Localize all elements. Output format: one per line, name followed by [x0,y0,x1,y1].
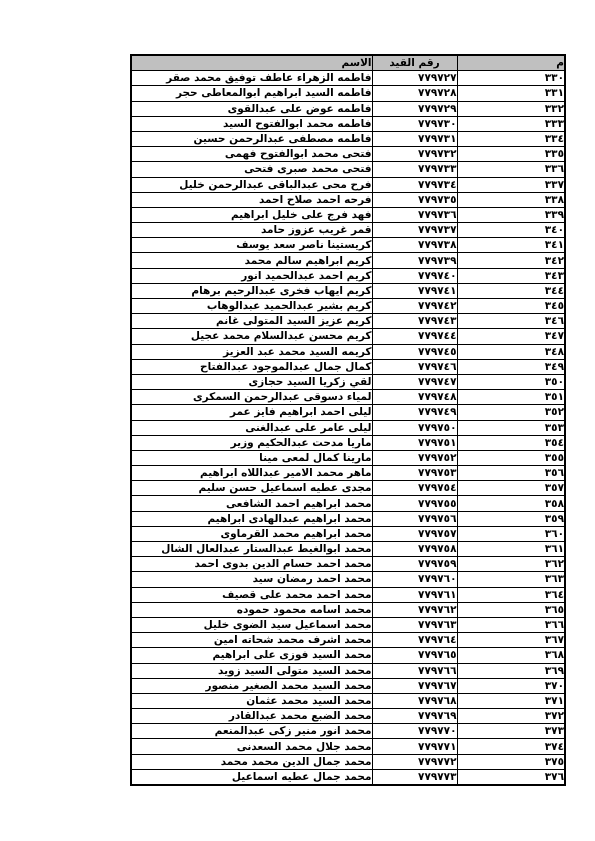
serial-cell: ٣٣٧ [457,177,565,192]
serial-cell: ٣٤٤ [457,283,565,298]
name-cell: فرحه احمد صلاح احمد [131,192,372,207]
name-cell: فتحى محمد ابوالفتوح فهمى [131,147,372,162]
reg-number-cell: ٧٧٩٧٥٧ [372,526,457,541]
student-roster-table: م رقم القيد الاسم ٣٣٠٧٧٩٧٢٧فاطمه الزهراء… [130,54,566,786]
serial-cell: ٣٦٥ [457,602,565,617]
table-row: ٣٥١٧٧٩٧٤٨لمياء دسوقى عبدالرحمن السمكرى [131,390,565,405]
name-cell: فاطمه مصطفى عبدالرحمن حسين [131,131,372,146]
serial-cell: ٣٥٩ [457,511,565,526]
table-row: ٣٦١٧٧٩٧٥٨محمد ابوالغيط عبدالستار عبدالعا… [131,542,565,557]
name-cell: فتحى محمد صبرى فتحى [131,162,372,177]
table-row: ٣٥٨٧٧٩٧٥٥محمد ابراهيم احمد الشافعى [131,496,565,511]
serial-cell: ٣٥٠ [457,374,565,389]
name-cell: محمد السيد محمد الصغير منصور [131,678,372,693]
serial-cell: ٣٦٩ [457,663,565,678]
name-cell: كريم عزيز السيد المتولى غانم [131,314,372,329]
serial-cell: ٣٥٥ [457,450,565,465]
name-cell: محمد جمال عطيه اسماعيل [131,769,372,785]
name-cell: كريم بشير عبدالحميد عبدالوهاب [131,299,372,314]
serial-cell: ٣٣٩ [457,207,565,222]
reg-number-cell: ٧٧٩٧٤٤ [372,329,457,344]
table-row: ٣٧٣٧٧٩٧٧٠محمد انور منير زكى عبدالمنعم [131,724,565,739]
name-cell: محمد اسامه محمود حموده [131,602,372,617]
table-row: ٣٤١٧٧٩٧٣٨كريستينا ناصر سعد يوسف [131,238,565,253]
table-row: ٣٦٤٧٧٩٧٦١محمد احمد محمد على قصيف [131,587,565,602]
reg-number-cell: ٧٧٩٧٧٣ [372,769,457,785]
table-row: ٣٣٧٧٧٩٧٣٤فرح محى عبدالباقى عبدالرحمن خلي… [131,177,565,192]
table-row: ٣٣٢٧٧٩٧٢٩فاطمه عوض على عبدالقوى [131,101,565,116]
name-cell: فاطمه محمد ابوالفتوح السيد [131,116,372,131]
table-row: ٣٦٥٧٧٩٧٦٢محمد اسامه محمود حموده [131,602,565,617]
roster-table-body: ٣٣٠٧٧٩٧٢٧فاطمه الزهراء عاطف توفيق محمد ص… [131,71,565,785]
serial-cell: ٣٧٣ [457,724,565,739]
reg-number-cell: ٧٧٩٧٥٤ [372,481,457,496]
serial-cell: ٣٣١ [457,86,565,101]
serial-cell: ٣٦٧ [457,633,565,648]
serial-cell: ٣٤٣ [457,268,565,283]
serial-cell: ٣٤٩ [457,359,565,374]
reg-number-cell: ٧٧٩٧٣٧ [372,223,457,238]
serial-cell: ٣٤٧ [457,329,565,344]
reg-number-cell: ٧٧٩٧٥١ [372,435,457,450]
reg-number-cell: ٧٧٩٧٦٢ [372,602,457,617]
name-cell: محمد احمد حسام الدين بدوى احمد [131,557,372,572]
table-row: ٣٧٢٧٧٩٧٦٩محمد الضبع محمد عبدالقادر [131,709,565,724]
name-cell: مجدى عطيه اسماعيل حسن سليم [131,481,372,496]
name-cell: محمد ابوالغيط عبدالستار عبدالعال الشال [131,542,372,557]
name-cell: مارينا كمال لمعى مينا [131,450,372,465]
table-row: ٣٣٩٧٧٩٧٣٦فهد فرج على خليل ابراهيم [131,207,565,222]
reg-number-cell: ٧٧٩٧٢٨ [372,86,457,101]
table-row: ٣٣٦٧٧٩٧٣٣فتحى محمد صبرى فتحى [131,162,565,177]
name-cell: محمد الضبع محمد عبدالقادر [131,709,372,724]
serial-cell: ٣٤٨ [457,344,565,359]
reg-number-cell: ٧٧٩٧٥٣ [372,466,457,481]
serial-cell: ٣٦٨ [457,648,565,663]
document-page: م رقم القيد الاسم ٣٣٠٧٧٩٧٢٧فاطمه الزهراء… [0,0,595,841]
serial-cell: ٣٣٣ [457,116,565,131]
name-cell: محمد ابراهيم محمد القرماوى [131,526,372,541]
reg-number-cell: ٧٧٩٧٦٤ [372,633,457,648]
serial-cell: ٣٣٦ [457,162,565,177]
reg-number-cell: ٧٧٩٧٣١ [372,131,457,146]
table-row: ٣٥٠٧٧٩٧٤٧لقي زكريا السيد حجازى [131,374,565,389]
serial-cell: ٣٦٣ [457,572,565,587]
name-cell: فاطمه الزهراء عاطف توفيق محمد صقر [131,71,372,86]
serial-cell: ٣٤٥ [457,299,565,314]
name-cell: كريم ابراهيم سالم محمد [131,253,372,268]
name-cell: ليلى عامر على عبدالغنى [131,420,372,435]
reg-number-cell: ٧٧٩٧٤١ [372,283,457,298]
reg-number-cell: ٧٧٩٧٣٣ [372,162,457,177]
name-cell: كمال جمال عبدالموجود عبدالفتاح [131,359,372,374]
serial-cell: ٣٧٢ [457,709,565,724]
table-row: ٣٣٥٧٧٩٧٣٢فتحى محمد ابوالفتوح فهمى [131,147,565,162]
table-row: ٣٥٧٧٧٩٧٥٤مجدى عطيه اسماعيل حسن سليم [131,481,565,496]
reg-number-cell: ٧٧٩٧٥٨ [372,542,457,557]
name-cell: محمد ابراهيم عبدالهادى ابراهيم [131,511,372,526]
table-row: ٣٥٦٧٧٩٧٥٣ماهر محمد الامير عبداللاه ابراه… [131,466,565,481]
table-row: ٣٦٨٧٧٩٧٦٥محمد السيد فوزى على ابراهيم [131,648,565,663]
name-cell: محمد احمد محمد على قصيف [131,587,372,602]
serial-cell: ٣٧٠ [457,678,565,693]
serial-cell: ٣٦٢ [457,557,565,572]
reg-number-cell: ٧٧٩٧٦٣ [372,617,457,632]
reg-number-cell: ٧٧٩٧٤٥ [372,344,457,359]
table-row: ٣٤٩٧٧٩٧٤٦كمال جمال عبدالموجود عبدالفتاح [131,359,565,374]
table-row: ٣٥٤٧٧٩٧٥١ماريا مدحت عبدالحكيم وزير [131,435,565,450]
name-cell: فاطمه عوض على عبدالقوى [131,101,372,116]
reg-number-cell: ٧٧٩٧٦٨ [372,693,457,708]
serial-cell: ٣٧٦ [457,769,565,785]
table-row: ٣٣٤٧٧٩٧٣١فاطمه مصطفى عبدالرحمن حسين [131,131,565,146]
name-cell: كريم محسن عبدالسلام محمد عجيل [131,329,372,344]
table-row: ٣٥٣٧٧٩٧٥٠ليلى عامر على عبدالغنى [131,420,565,435]
reg-number-cell: ٧٧٩٧٣٥ [372,192,457,207]
table-row: ٣٣٨٧٧٩٧٣٥فرحه احمد صلاح احمد [131,192,565,207]
serial-cell: ٣٣٤ [457,131,565,146]
serial-cell: ٣٦٠ [457,526,565,541]
name-cell: فرح محى عبدالباقى عبدالرحمن خليل [131,177,372,192]
serial-cell: ٣٦٤ [457,587,565,602]
table-row: ٣٧١٧٧٩٧٦٨محمد السيد محمد عثمان [131,693,565,708]
name-cell: محمد احمد رمضان سيد [131,572,372,587]
reg-number-cell: ٧٧٩٧٤٦ [372,359,457,374]
table-row: ٣٥٥٧٧٩٧٥٢مارينا كمال لمعى مينا [131,450,565,465]
serial-cell: ٣٧٥ [457,754,565,769]
reg-number-cell: ٧٧٩٧٤٢ [372,299,457,314]
reg-number-cell: ٧٧٩٧٦١ [372,587,457,602]
reg-number-cell: ٧٧٩٧٥٥ [372,496,457,511]
reg-number-cell: ٧٧٩٧٦٦ [372,663,457,678]
table-row: ٣٤٤٧٧٩٧٤١كريم ايهاب فخرى عبدالرحيم برهام [131,283,565,298]
table-row: ٣٦٧٧٧٩٧٦٤محمد اشرف محمد شحاته امين [131,633,565,648]
table-row: ٣٤٠٧٧٩٧٣٧قمر غريب عزوز حامد [131,223,565,238]
table-row: ٣٤٢٧٧٩٧٣٩كريم ابراهيم سالم محمد [131,253,565,268]
registration-number-column-header: رقم القيد [372,55,457,71]
name-cell: قمر غريب عزوز حامد [131,223,372,238]
table-row: ٣٣٣٧٧٩٧٣٠فاطمه محمد ابوالفتوح السيد [131,116,565,131]
reg-number-cell: ٧٧٩٧٤٧ [372,374,457,389]
name-cell: محمد السيد متولى السيد زويد [131,663,372,678]
name-cell: محمد جلال محمد السعدنى [131,739,372,754]
table-row: ٣٥٩٧٧٩٧٥٦محمد ابراهيم عبدالهادى ابراهيم [131,511,565,526]
table-row: ٣٣٠٧٧٩٧٢٧فاطمه الزهراء عاطف توفيق محمد ص… [131,71,565,86]
table-row: ٣٤٣٧٧٩٧٤٠كريم احمد عبدالحميد انور [131,268,565,283]
serial-cell: ٣٥٦ [457,466,565,481]
reg-number-cell: ٧٧٩٧٦٧ [372,678,457,693]
serial-cell: ٣٤١ [457,238,565,253]
name-column-header: الاسم [131,55,372,71]
table-row: ٣٤٨٧٧٩٧٤٥كريمه السيد محمد عبد العزيز [131,344,565,359]
serial-cell: ٣٥٢ [457,405,565,420]
name-cell: محمد انور منير زكى عبدالمنعم [131,724,372,739]
serial-cell: ٣٤٢ [457,253,565,268]
roster-table-header: م رقم القيد الاسم [131,55,565,71]
serial-cell: ٣٣٥ [457,147,565,162]
serial-cell: ٣٧٤ [457,739,565,754]
header-row: م رقم القيد الاسم [131,55,565,71]
name-cell: محمد ابراهيم احمد الشافعى [131,496,372,511]
serial-cell: ٣٤٠ [457,223,565,238]
reg-number-cell: ٧٧٩٧٢٧ [372,71,457,86]
reg-number-cell: ٧٧٩٧٧٢ [372,754,457,769]
table-row: ٣٧٠٧٧٩٧٦٧محمد السيد محمد الصغير منصور [131,678,565,693]
name-cell: لمياء دسوقى عبدالرحمن السمكرى [131,390,372,405]
serial-cell: ٣٥١ [457,390,565,405]
table-row: ٣٧٦٧٧٩٧٧٣محمد جمال عطيه اسماعيل [131,769,565,785]
table-row: ٣٦٢٧٧٩٧٥٩محمد احمد حسام الدين بدوى احمد [131,557,565,572]
table-row: ٣٦٩٧٧٩٧٦٦محمد السيد متولى السيد زويد [131,663,565,678]
reg-number-cell: ٧٧٩٧٤٠ [372,268,457,283]
name-cell: لقي زكريا السيد حجازى [131,374,372,389]
reg-number-cell: ٧٧٩٧٥٢ [372,450,457,465]
reg-number-cell: ٧٧٩٧٣٤ [372,177,457,192]
name-cell: ليلى احمد ابراهيم فايز عمر [131,405,372,420]
name-cell: محمد اشرف محمد شحاته امين [131,633,372,648]
reg-number-cell: ٧٧٩٧٤٣ [372,314,457,329]
serial-cell: ٣٦١ [457,542,565,557]
name-cell: محمد السيد محمد عثمان [131,693,372,708]
serial-column-header: م [457,55,565,71]
table-row: ٣٥٢٧٧٩٧٤٩ليلى احمد ابراهيم فايز عمر [131,405,565,420]
name-cell: كريم احمد عبدالحميد انور [131,268,372,283]
name-cell: كريمه السيد محمد عبد العزيز [131,344,372,359]
serial-cell: ٣٣٨ [457,192,565,207]
reg-number-cell: ٧٧٩٧٣٦ [372,207,457,222]
name-cell: فهد فرج على خليل ابراهيم [131,207,372,222]
reg-number-cell: ٧٧٩٧٣٠ [372,116,457,131]
serial-cell: ٣٥٨ [457,496,565,511]
reg-number-cell: ٧٧٩٧٤٩ [372,405,457,420]
serial-cell: ٣٤٦ [457,314,565,329]
serial-cell: ٣٥٧ [457,481,565,496]
table-row: ٣٤٧٧٧٩٧٤٤كريم محسن عبدالسلام محمد عجيل [131,329,565,344]
reg-number-cell: ٧٧٩٧٦٩ [372,709,457,724]
table-row: ٣٦٠٧٧٩٧٥٧محمد ابراهيم محمد القرماوى [131,526,565,541]
serial-cell: ٣٥٤ [457,435,565,450]
name-cell: محمد جمال الدين محمد محمد [131,754,372,769]
reg-number-cell: ٧٧٩٧٣٢ [372,147,457,162]
table-row: ٣٤٥٧٧٩٧٤٢كريم بشير عبدالحميد عبدالوهاب [131,299,565,314]
name-cell: كريستينا ناصر سعد يوسف [131,238,372,253]
serial-cell: ٣٦٦ [457,617,565,632]
reg-number-cell: ٧٧٩٧٢٩ [372,101,457,116]
table-row: ٣٣١٧٧٩٧٢٨فاطمه السيد ابراهيم ابوالمعاطى … [131,86,565,101]
reg-number-cell: ٧٧٩٧٥٩ [372,557,457,572]
table-row: ٣٧٤٧٧٩٧٧١محمد جلال محمد السعدنى [131,739,565,754]
table-row: ٣٧٥٧٧٩٧٧٢محمد جمال الدين محمد محمد [131,754,565,769]
name-cell: فاطمه السيد ابراهيم ابوالمعاطى حجر [131,86,372,101]
table-row: ٣٦٣٧٧٩٧٦٠محمد احمد رمضان سيد [131,572,565,587]
reg-number-cell: ٧٧٩٧٣٨ [372,238,457,253]
name-cell: محمد اسماعيل سيد الضوى خليل [131,617,372,632]
table-row: ٣٦٦٧٧٩٧٦٣محمد اسماعيل سيد الضوى خليل [131,617,565,632]
name-cell: كريم ايهاب فخرى عبدالرحيم برهام [131,283,372,298]
serial-cell: ٣٣٠ [457,71,565,86]
name-cell: ماريا مدحت عبدالحكيم وزير [131,435,372,450]
reg-number-cell: ٧٧٩٧٤٨ [372,390,457,405]
reg-number-cell: ٧٧٩٧٥٠ [372,420,457,435]
reg-number-cell: ٧٧٩٧٣٩ [372,253,457,268]
reg-number-cell: ٧٧٩٧٥٦ [372,511,457,526]
reg-number-cell: ٧٧٩٧٦٠ [372,572,457,587]
reg-number-cell: ٧٧٩٧٧٠ [372,724,457,739]
name-cell: محمد السيد فوزى على ابراهيم [131,648,372,663]
table-row: ٣٤٦٧٧٩٧٤٣كريم عزيز السيد المتولى غانم [131,314,565,329]
reg-number-cell: ٧٧٩٧٧١ [372,739,457,754]
serial-cell: ٣٧١ [457,693,565,708]
serial-cell: ٣٣٢ [457,101,565,116]
name-cell: ماهر محمد الامير عبداللاه ابراهيم [131,466,372,481]
reg-number-cell: ٧٧٩٧٦٥ [372,648,457,663]
serial-cell: ٣٥٣ [457,420,565,435]
